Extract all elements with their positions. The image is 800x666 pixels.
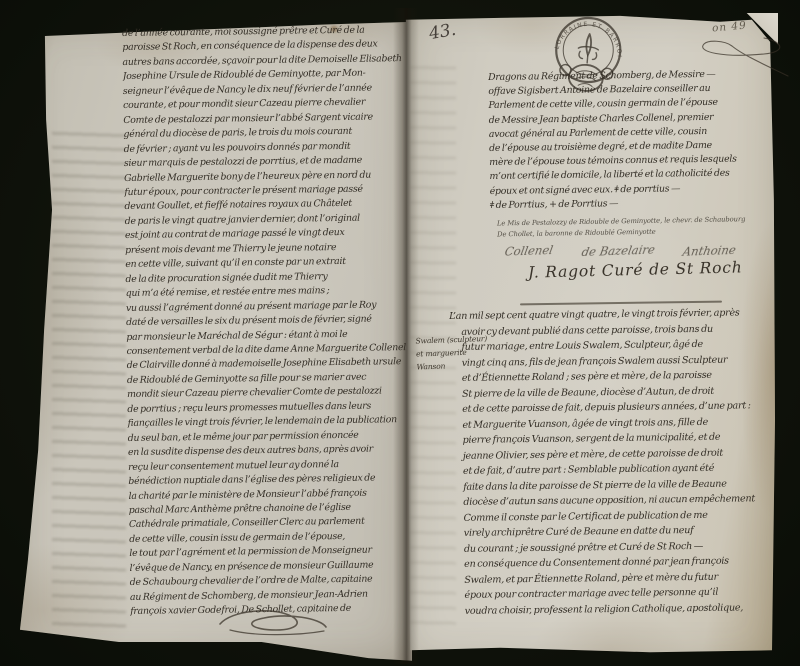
manuscript-scan: de l’année courante, moi soussigné prêtr… xyxy=(0,0,800,666)
signature: Anthoine xyxy=(682,243,737,259)
left-page-record-text: de l’année courante, moi soussigné prêtr… xyxy=(122,23,422,627)
handwritten-line: voudra choisir, professent la religion C… xyxy=(453,599,779,618)
signature: Collenel xyxy=(504,243,555,259)
right-page-record2-text: L’an mil sept cent quatre vingt quatre, … xyxy=(449,305,779,623)
right-page-record1-text: Dragons au Régiment de Schomberg, de Mes… xyxy=(488,67,778,217)
signature: de Bazelaire xyxy=(580,243,655,260)
handwritten-line: françois xavier Godefroi, De Schollet, c… xyxy=(130,601,422,620)
handwritten-line: ǂ de Porrtius, + de Porrtius — xyxy=(490,195,778,213)
witness-signatures: Collenel de Bazelaire Anthoine xyxy=(505,240,775,259)
